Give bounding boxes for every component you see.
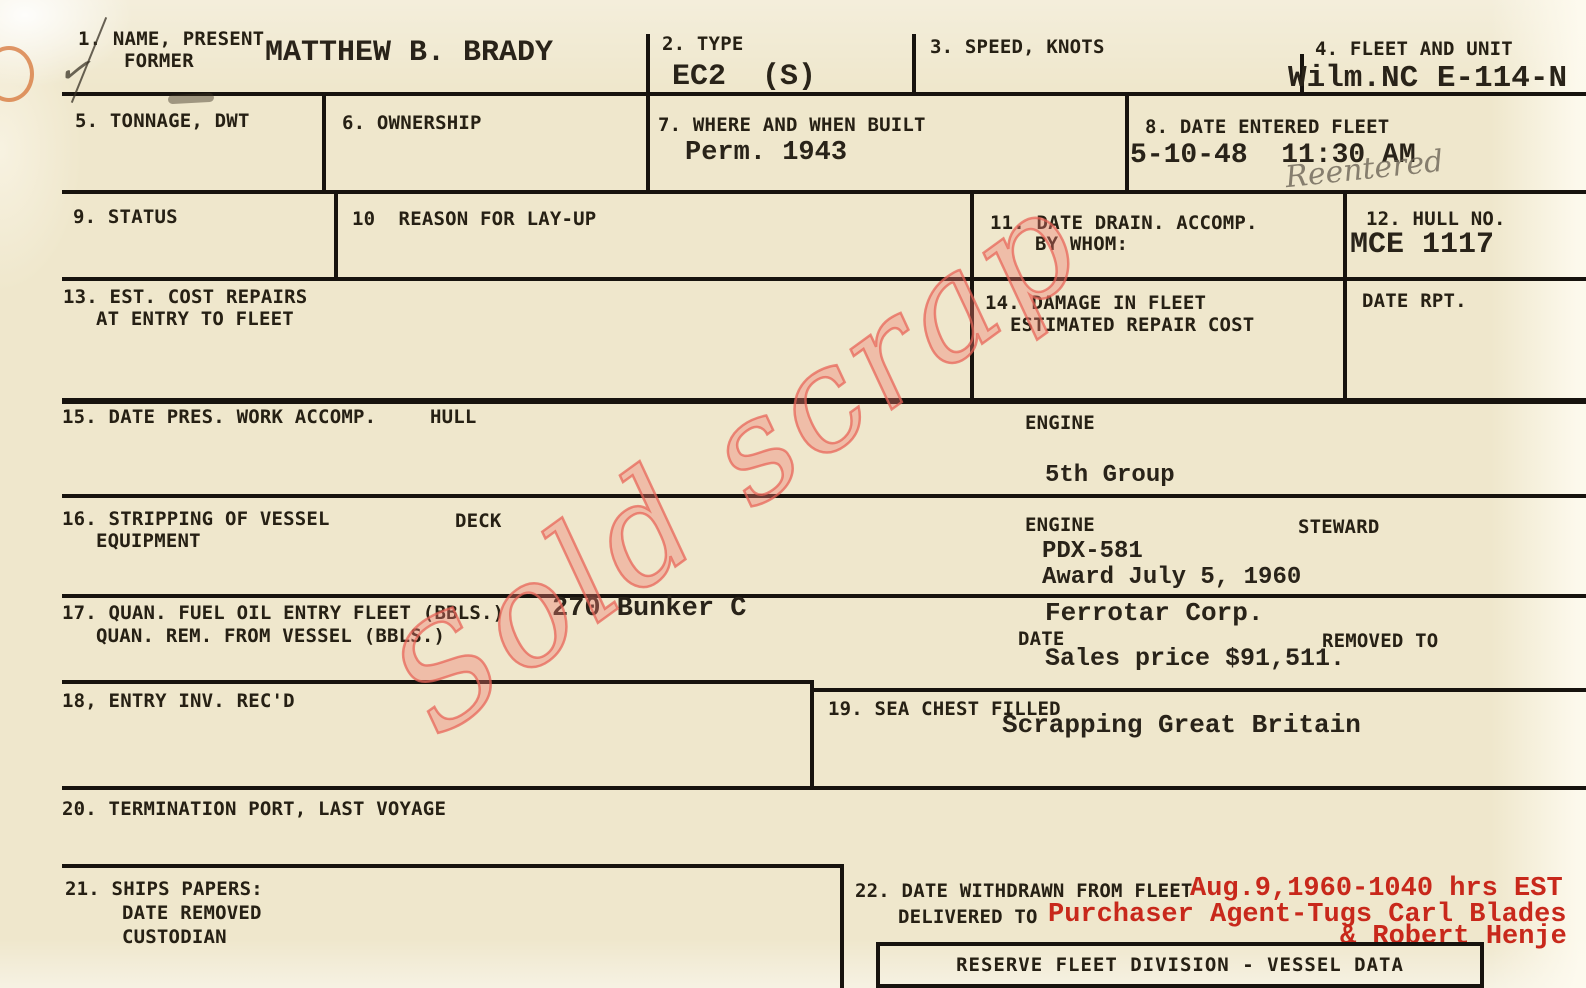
field14-date-rpt-label: DATE RPT. xyxy=(1362,290,1467,312)
field7-where-built-value: Perm. 1943 xyxy=(685,138,847,168)
footer-title-box: RESERVE FLEET DIVISION - VESSEL DATA xyxy=(876,942,1484,988)
field16-steward-label: STEWARD xyxy=(1298,516,1379,538)
field3-speed-label: 3. SPEED, KNOTS xyxy=(930,36,1105,58)
field6-ownership-label: 6. OWNERSHIP xyxy=(342,112,482,134)
field16-equipment-label: EQUIPMENT xyxy=(96,530,201,552)
vessel-data-card: 1. NAME, PRESENT FORMER MATTHEW B. BRADY… xyxy=(0,0,1586,988)
footer-title: RESERVE FLEET DIVISION - VESSEL DATA xyxy=(956,954,1404,976)
field17-buyer-value: Ferrotar Corp. xyxy=(1045,598,1263,628)
rule-above-field19 xyxy=(810,688,1586,692)
field18-entry-inv-label: 18, ENTRY INV. REC'D xyxy=(62,690,295,712)
ink-smudge xyxy=(168,93,214,104)
field12-hull-no-label: 12. HULL NO. xyxy=(1366,208,1506,230)
divider-f2-f3 xyxy=(912,34,916,94)
orange-stain-mark xyxy=(0,46,34,102)
corner-check-mark: ✓ xyxy=(55,46,93,94)
field15-date-pres-work-label: 15. DATE PRES. WORK ACCOMP. xyxy=(62,406,376,428)
divider-f18-f19 xyxy=(810,680,814,790)
field7-where-built-label: 7. WHERE AND WHEN BUILT xyxy=(658,114,926,136)
divider-f1-f2 xyxy=(646,34,650,192)
field4-fleet-unit-label: 4. FLEET AND UNIT xyxy=(1315,38,1513,60)
rule-below-row3 xyxy=(62,277,1586,281)
field5-tonnage-label: 5. TONNAGE, DWT xyxy=(75,110,250,132)
field9-status-label: 9. STATUS xyxy=(73,206,178,228)
field20-termination-port-label: 20. TERMINATION PORT, LAST VOYAGE xyxy=(62,798,446,820)
divider-f11-f12 xyxy=(1343,194,1347,400)
field12-hull-no-value: MCE 1117 xyxy=(1350,228,1494,262)
field22-date-withdrawn-label: 22. DATE WITHDRAWN FROM FLEET xyxy=(855,880,1193,902)
field13-est-cost-label: 13. EST. COST REPAIRS xyxy=(63,286,307,308)
field16-stripping-label: 16. STRIPPING OF VESSEL xyxy=(62,508,330,530)
field16-award-value: Award July 5, 1960 xyxy=(1042,564,1301,591)
field15-hull-label: HULL xyxy=(430,406,477,428)
field4-fleet-unit-value: Wilm.NC E-114-N xyxy=(1288,61,1567,96)
field21-ships-papers-label: 21. SHIPS PAPERS: xyxy=(65,878,263,900)
field2-type-label: 2. TYPE xyxy=(662,33,743,55)
rule-below-row16 xyxy=(62,594,1586,598)
field16-deck-label: DECK xyxy=(455,510,502,532)
field1-vessel-name-value: MATTHEW B. BRADY xyxy=(265,36,553,70)
rule-below-row18 xyxy=(62,786,1586,790)
field17-sales-price-value: Sales price $91,511. xyxy=(1045,644,1345,673)
sold-scrap-pencil-overlay: Sold scrap xyxy=(360,157,1115,770)
field13-at-entry-label: AT ENTRY TO FLEET xyxy=(96,308,294,330)
field22-delivered-to-label: DELIVERED TO xyxy=(898,906,1038,928)
rule-above-field21 xyxy=(62,864,844,868)
field21-date-removed-label: DATE REMOVED xyxy=(122,902,262,924)
divider-f5-f6 xyxy=(322,94,326,192)
field15-engine-value: 5th Group xyxy=(1045,462,1175,489)
field1-former-label: FORMER xyxy=(124,50,194,72)
field8-date-entered-label: 8. DATE ENTERED FLEET xyxy=(1145,116,1389,138)
rule-below-row2 xyxy=(62,190,1586,194)
field21-custodian-label: CUSTODIAN xyxy=(122,926,227,948)
field2-type-value: EC2 (S) xyxy=(672,60,816,94)
divider-f9-f10 xyxy=(334,192,338,279)
field16-pdx-value: PDX-581 xyxy=(1042,538,1143,565)
field16-engine-label: ENGINE xyxy=(1025,514,1095,536)
divider-f7-f8 xyxy=(1125,94,1129,192)
field1-name-present-label: 1. NAME, PRESENT xyxy=(78,28,264,50)
divider-f21-f22 xyxy=(840,864,844,988)
field10-reason-layup-label: 10 REASON FOR LAY-UP xyxy=(352,208,596,230)
field19-scrapping-value: Scrapping Great Britain xyxy=(1002,710,1361,740)
field15-engine-label: ENGINE xyxy=(1025,412,1095,434)
